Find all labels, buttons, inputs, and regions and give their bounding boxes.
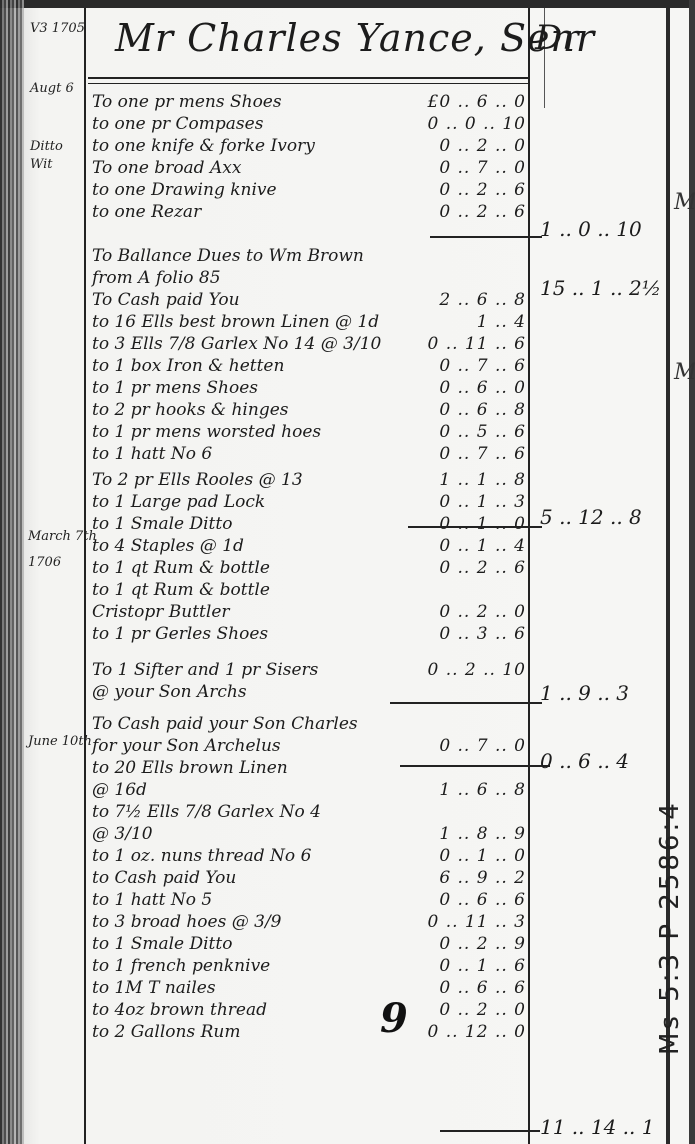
entry-row: to one Rezar0 .. 2 .. 6 [88,201,528,223]
entry-amount: 0 .. 2 .. 10 [428,659,527,681]
book-binding-gutter [0,0,24,1144]
entry-row: to 7½ Ells 7/8 Garlex No 4 [88,801,528,823]
entry-desc: to 1 oz. nuns thread No 6 [92,845,311,867]
entry-row: to 2 Gallons Rum0 .. 12 .. 0 [88,1021,528,1043]
adjoining-page-mark: M [674,190,695,215]
entry-amount: £0 .. 6 .. 0 [428,91,527,113]
entry-row: to 2 pr hooks & hinges0 .. 6 .. 8 [88,399,528,421]
entry-row: To one pr mens Shoes£0 .. 6 .. 0 [88,91,528,113]
margin-date-march: March 7th [28,530,97,544]
entry-desc: to 4oz brown thread [92,999,267,1021]
entry-amount: 0 .. 7 .. 6 [439,443,526,465]
entry-amount: 0 .. 2 .. 6 [439,201,526,223]
entry-row: @ your Son Archs [88,681,528,703]
entry-desc: to 1 pr mens worsted hoes [92,421,321,443]
entry-row: to one pr Compases0 .. 0 .. 10 [88,113,528,135]
entry-desc: To Ballance Dues to Wm Brown [92,245,364,267]
entry-desc: to 1 qt Rum & bottle [92,579,270,601]
section-total: 1 .. 9 .. 3 [540,681,629,705]
entry-amount: 1 .. 1 .. 8 [439,469,526,491]
entry-amount: 0 .. 2 .. 9 [439,933,526,955]
entry-row: @ 16d1 .. 6 .. 8 [88,779,528,801]
section-total-rule [430,236,542,238]
section-total-rule [400,765,550,767]
entry-row: To Ballance Dues to Wm Brown [88,245,528,267]
entry-amount: 0 .. 7 .. 0 [439,735,526,757]
entry-desc: to one Drawing knive [92,179,277,201]
entry-desc: To 2 pr Ells Rooles @ 13 [92,469,303,491]
entry-desc: to 3 Ells 7/8 Garlex No 14 @ 3/10 [92,333,381,355]
entry-row: to 1 pr mens worsted hoes0 .. 5 .. 6 [88,421,528,443]
ink-blot: 9 [380,995,408,1042]
entry-desc: Cristopr Buttler [92,601,230,623]
entry-desc: from A folio 85 [92,267,221,289]
entry-row: to 3 Ells 7/8 Garlex No 14 @ 3/100 .. 11… [88,333,528,355]
entry-row: to 1M T nailes0 .. 6 .. 6 [88,977,528,999]
entry-amount: 0 .. 2 .. 6 [439,557,526,579]
entry-amount: 0 .. 5 .. 6 [439,421,526,443]
date-column-rule [84,8,86,1144]
entry-desc: to one Rezar [92,201,201,223]
page-right-edge [689,0,695,1144]
entry-amount: 0 .. 7 .. 0 [439,157,526,179]
entry-amount: 0 .. 6 .. 6 [439,889,526,911]
entry-row: Cristopr Buttler0 .. 2 .. 0 [88,601,528,623]
entry-row: to 1 french penknive0 .. 1 .. 6 [88,955,528,977]
entry-desc: To Cash paid your Son Charles [92,713,358,735]
amount-column-rule [528,8,530,1144]
entry-amount: 0 .. 6 .. 6 [439,977,526,999]
entry-row: to 1 oz. nuns thread No 60 .. 1 .. 0 [88,845,528,867]
page-top-shadow [0,0,695,8]
margin-date-year: V3 1705 [30,22,85,36]
entry-amount: 6 .. 9 .. 2 [439,867,526,889]
entry-desc: To one pr mens Shoes [92,91,282,113]
entry-desc: to Cash paid You [92,867,236,889]
entry-desc: to one pr Compases [92,113,263,135]
entry-desc: to 2 pr hooks & hinges [92,399,289,421]
entry-amount: 0 .. 12 .. 0 [428,1021,527,1043]
section-total-rule [390,702,542,704]
entry-desc: to 1 hatt No 6 [92,443,212,465]
entry-desc: to one knife & forke Ivory [92,135,315,157]
entry-desc: to 20 Ells brown Linen [92,757,288,779]
entry-row: To 1 Sifter and 1 pr Sisers0 .. 2 .. 10 [88,659,528,681]
header-underline-secondary [88,83,530,84]
entry-amount: 0 .. 1 .. 4 [439,535,526,557]
entry-desc: @ 16d [92,779,147,801]
entry-amount: 0 .. 11 .. 3 [428,911,527,933]
entry-desc: to 2 Gallons Rum [92,1021,240,1043]
entry-row: @ 3/101 .. 8 .. 9 [88,823,528,845]
entry-amount: 0 .. 2 .. 0 [439,601,526,623]
entry-row: to 1 Large pad Lock0 .. 1 .. 3 [88,491,528,513]
debit-marker: Dr [535,18,579,58]
entry-amount: 0 .. 1 .. 3 [439,491,526,513]
entry-desc: to 1 Smale Ditto [92,933,232,955]
section-total-rule [408,526,542,528]
entry-desc: to 1M T nailes [92,977,216,999]
entry-amount: 0 .. 6 .. 8 [439,399,526,421]
entry-desc: to 1 pr Gerles Shoes [92,623,268,645]
entry-amount: 0 .. 0 .. 10 [428,113,527,135]
entry-amount: 0 .. 11 .. 6 [428,333,527,355]
entry-amount: 0 .. 7 .. 6 [439,355,526,377]
entry-row: to 16 Ells best brown Linen @ 1d1 .. 4 [88,311,528,333]
entry-amount: 0 .. 2 .. 0 [439,999,526,1021]
entry-amount: 0 .. 3 .. 6 [439,623,526,645]
entry-desc: to 1 Large pad Lock [92,491,265,513]
entry-row: from A folio 85 [88,267,528,289]
entry-desc: @ 3/10 [92,823,153,845]
section-total: 11 .. 14 .. 1 [540,1115,654,1139]
entry-desc: to 3 broad hoes @ 3/9 [92,911,282,933]
entry-amount: 0 .. 6 .. 0 [439,377,526,399]
entry-amount: 0 .. 2 .. 0 [439,135,526,157]
entry-desc: @ your Son Archs [92,681,247,703]
margin-date-august: Augt 6 [30,82,74,96]
entry-amount: 0 .. 1 .. 0 [439,513,526,535]
entry-row: to 1 Smale Ditto0 .. 1 .. 0 [88,513,528,535]
header-underline [88,77,530,79]
entry-desc: to 1 pr mens Shoes [92,377,258,399]
entry-desc: to 1 Smale Ditto [92,513,232,535]
entry-row: to 1 qt Rum & bottle [88,579,528,601]
entry-row: to 20 Ells brown Linen [88,757,528,779]
section-total-rule [440,1130,540,1132]
entry-desc: to 7½ Ells 7/8 Garlex No 4 [92,801,321,823]
entry-amount: 1 .. 8 .. 9 [439,823,526,845]
entry-row: to Cash paid You6 .. 9 .. 2 [88,867,528,889]
entry-desc: for your Son Archelus [92,735,281,757]
entry-desc: To 1 Sifter and 1 pr Sisers [92,659,318,681]
section-total: 5 .. 12 .. 8 [540,505,642,529]
entry-row: to one knife & forke Ivory0 .. 2 .. 0 [88,135,528,157]
entry-row: to 1 pr mens Shoes0 .. 6 .. 0 [88,377,528,399]
margin-date-june: June 10th [28,735,92,749]
entry-row: to 1 pr Gerles Shoes0 .. 3 .. 6 [88,623,528,645]
entry-row: for your Son Archelus0 .. 7 .. 0 [88,735,528,757]
entry-row: To Cash paid your Son Charles [88,713,528,735]
entry-desc: to 1 french penknive [92,955,270,977]
entry-desc: To one broad Axx [92,157,241,179]
account-title: Mr Charles Yance, Senr [115,16,595,60]
entry-amount: 0 .. 1 .. 6 [439,955,526,977]
entry-row: to 1 box Iron & hetten0 .. 7 .. 6 [88,355,528,377]
entry-row: to 1 hatt No 50 .. 6 .. 6 [88,889,528,911]
entry-row: to 1 hatt No 60 .. 7 .. 6 [88,443,528,465]
entry-amount: 1 .. 6 .. 8 [439,779,526,801]
margin-date-ditto: Ditto [30,140,63,154]
ledger-page: Mr Charles Yance, Senr Dr V3 1705 Augt 6… [0,0,695,1144]
entry-desc: to 1 box Iron & hetten [92,355,284,377]
margin-date-1706: 1706 [28,556,61,570]
entry-row: to 1 Smale Ditto0 .. 2 .. 9 [88,933,528,955]
entry-row: To Cash paid You2 .. 6 .. 8 [88,289,528,311]
entry-row: To one broad Axx0 .. 7 .. 0 [88,157,528,179]
adjoining-page-mark: M [674,360,695,385]
section-total: 15 .. 1 .. 2½ [540,276,661,300]
entry-amount: 0 .. 1 .. 0 [439,845,526,867]
entry-amount: 2 .. 6 .. 8 [439,289,526,311]
entry-amount: 0 .. 2 .. 6 [439,179,526,201]
entry-row: to 4 Staples @ 1d0 .. 1 .. 4 [88,535,528,557]
entry-desc: to 1 qt Rum & bottle [92,557,270,579]
margin-date-wit: Wit [30,158,53,172]
entry-row: To 2 pr Ells Rooles @ 131 .. 1 .. 8 [88,469,528,491]
entry-desc: to 1 hatt No 5 [92,889,212,911]
section-total: 0 .. 6 .. 4 [540,749,629,773]
section-total: 1 .. 0 .. 10 [540,217,642,241]
entry-row: to 1 qt Rum & bottle0 .. 2 .. 6 [88,557,528,579]
entry-desc: to 16 Ells best brown Linen @ 1d [92,311,379,333]
entry-desc: to 4 Staples @ 1d [92,535,244,557]
entry-desc: To Cash paid You [92,289,240,311]
entry-amount: 1 .. 4 [477,311,526,333]
ledger-entries: To one pr mens Shoes£0 .. 6 .. 0 to one … [88,88,528,1043]
entry-row: to one Drawing knive0 .. 2 .. 6 [88,179,528,201]
archive-reference-stamp: Ms 5:3 P 2586:4 [655,800,685,1055]
entry-row: to 3 broad hoes @ 3/90 .. 11 .. 3 [88,911,528,933]
entry-row: to 4oz brown thread0 .. 2 .. 0 [88,999,528,1021]
